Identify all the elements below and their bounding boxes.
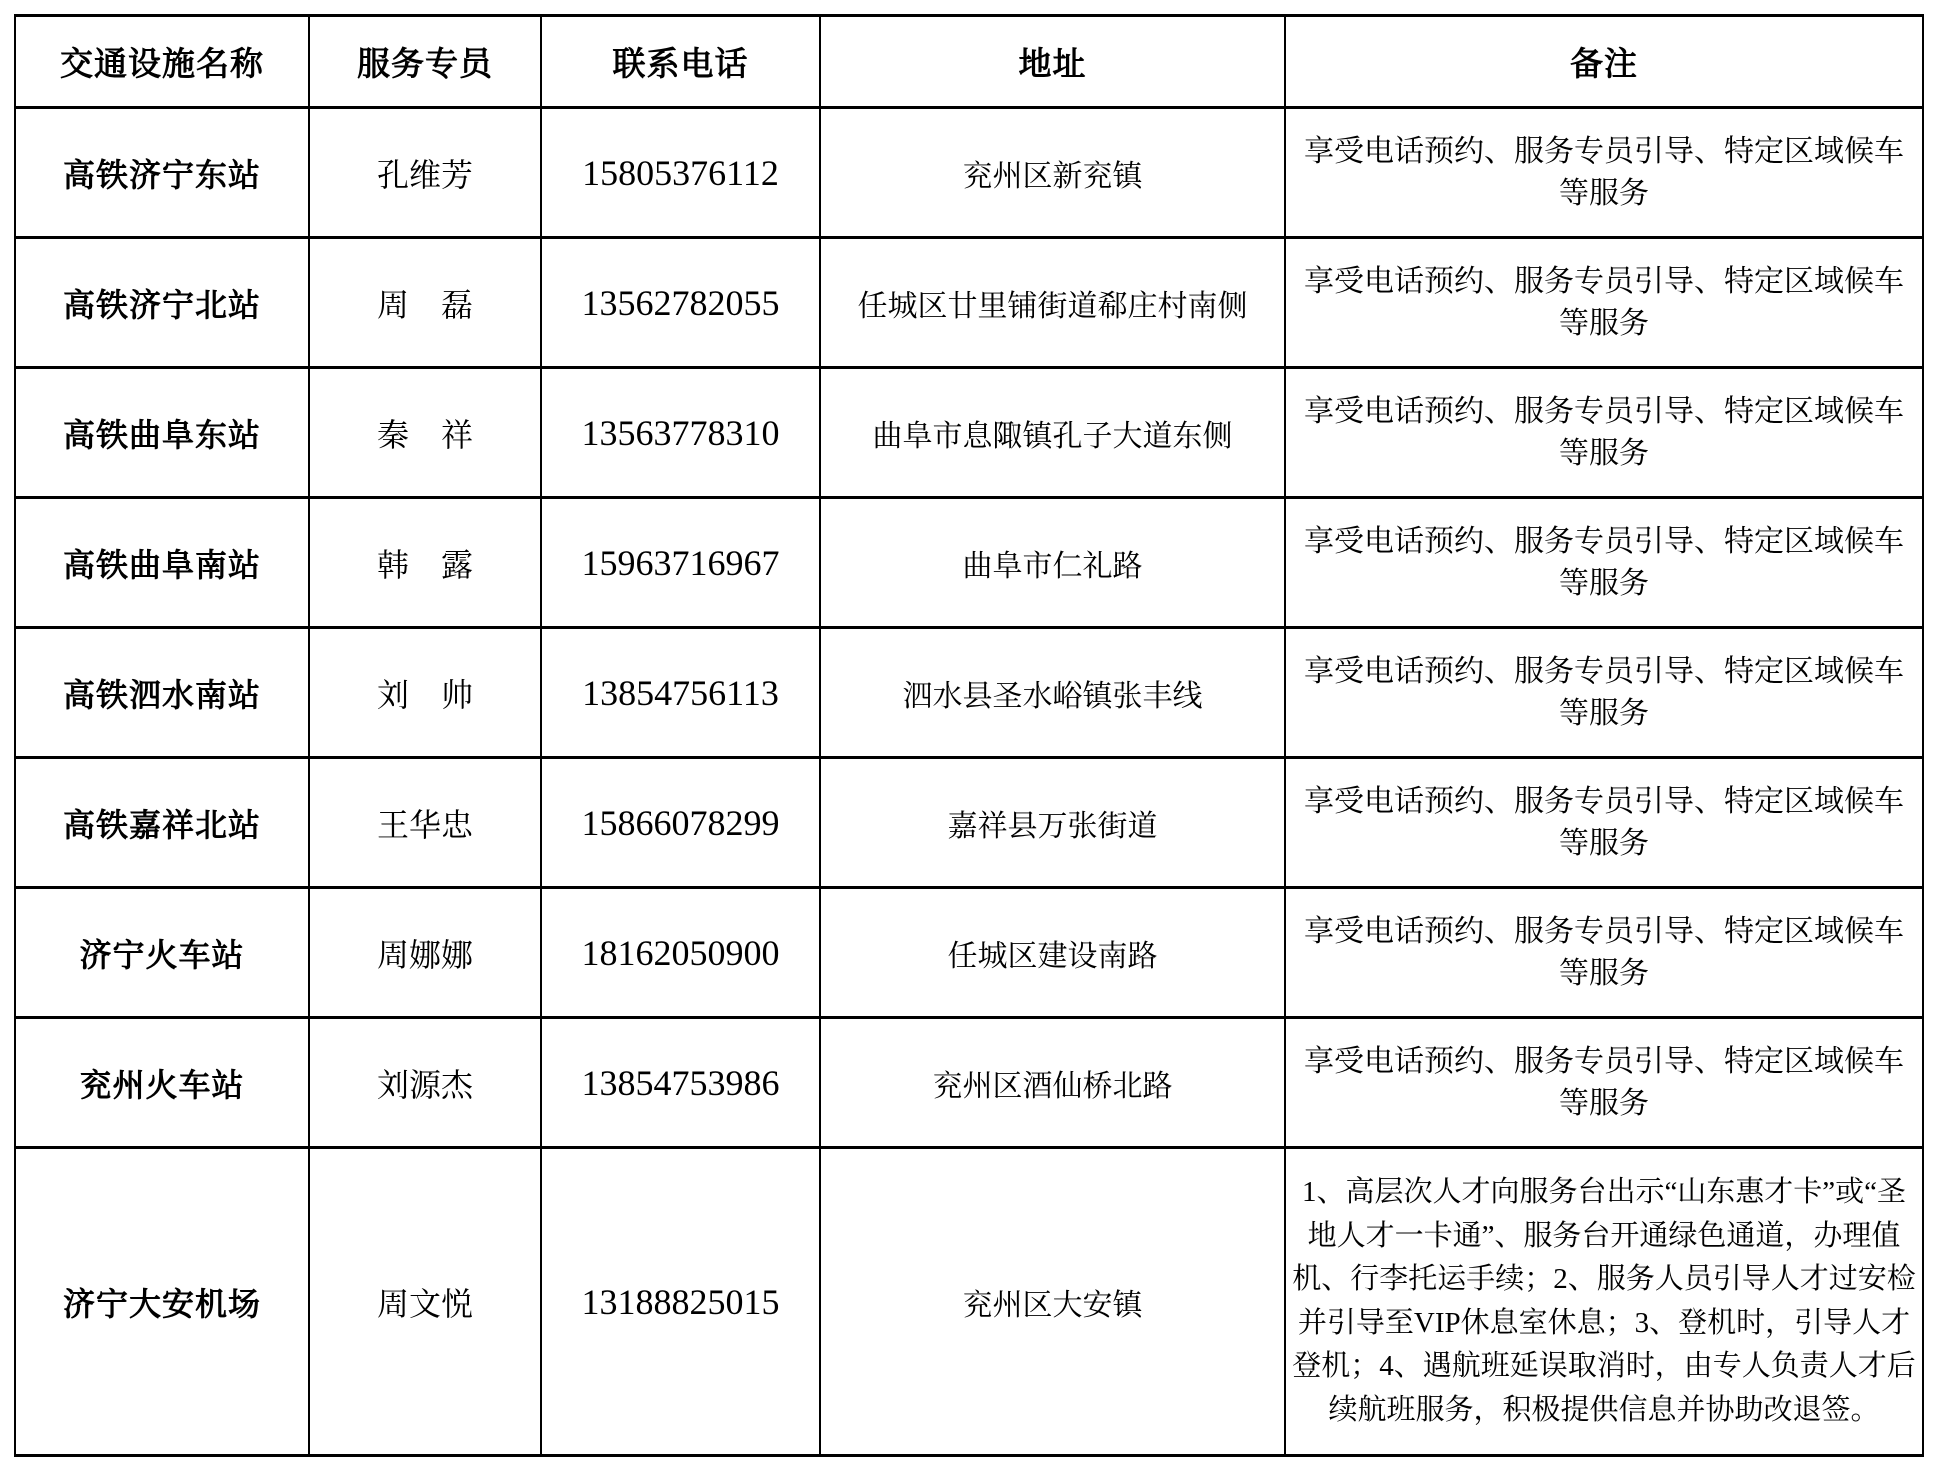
table-row: 兖州火车站 刘源杰 13854753986 兖州区酒仙桥北路 享受电话预约、服务… <box>15 1018 1923 1148</box>
table-row: 高铁泗水南站 刘 帅 13854756113 泗水县圣水峪镇张丰线 享受电话预约… <box>15 628 1923 758</box>
specialist-cell: 周娜娜 <box>309 888 541 1018</box>
phone-cell: 13854753986 <box>541 1018 820 1148</box>
facility-cell: 高铁嘉祥北站 <box>15 758 309 888</box>
table-row: 高铁曲阜南站 韩 露 15963716967 曲阜市仁礼路 享受电话预约、服务专… <box>15 498 1923 628</box>
specialist-cell: 秦 祥 <box>309 368 541 498</box>
transport-service-table: 交通设施名称 服务专员 联系电话 地址 备注 高铁济宁东站 孔维芳 158053… <box>14 14 1924 1457</box>
document-page: 交通设施名称 服务专员 联系电话 地址 备注 高铁济宁东站 孔维芳 158053… <box>0 0 1936 1484</box>
phone-cell: 13562782055 <box>541 238 820 368</box>
remark-cell: 享受电话预约、服务专员引导、特定区域候车等服务 <box>1285 108 1923 238</box>
facility-cell: 济宁大安机场 <box>15 1148 309 1456</box>
address-cell: 嘉祥县万张街道 <box>820 758 1285 888</box>
header-facility: 交通设施名称 <box>15 16 309 108</box>
remark-cell: 1、高层次人才向服务台出示“山东惠才卡”或“圣地人才一卡通”、服务台开通绿色通道… <box>1285 1148 1923 1456</box>
table-row: 高铁济宁北站 周 磊 13562782055 任城区廿里铺街道郗庄村南侧 享受电… <box>15 238 1923 368</box>
address-cell: 兖州区新兖镇 <box>820 108 1285 238</box>
remark-cell: 享受电话预约、服务专员引导、特定区域候车等服务 <box>1285 628 1923 758</box>
remark-cell: 享受电话预约、服务专员引导、特定区域候车等服务 <box>1285 238 1923 368</box>
table-row: 高铁曲阜东站 秦 祥 13563778310 曲阜市息陬镇孔子大道东侧 享受电话… <box>15 368 1923 498</box>
facility-cell: 济宁火车站 <box>15 888 309 1018</box>
remark-cell: 享受电话预约、服务专员引导、特定区域候车等服务 <box>1285 498 1923 628</box>
address-cell: 任城区建设南路 <box>820 888 1285 1018</box>
address-cell: 任城区廿里铺街道郗庄村南侧 <box>820 238 1285 368</box>
table-row: 高铁嘉祥北站 王华忠 15866078299 嘉祥县万张街道 享受电话预约、服务… <box>15 758 1923 888</box>
table-row: 济宁大安机场 周文悦 13188825015 兖州区大安镇 1、高层次人才向服务… <box>15 1148 1923 1456</box>
specialist-cell: 周文悦 <box>309 1148 541 1456</box>
facility-cell: 高铁济宁北站 <box>15 238 309 368</box>
remark-cell: 享受电话预约、服务专员引导、特定区域候车等服务 <box>1285 368 1923 498</box>
specialist-cell: 孔维芳 <box>309 108 541 238</box>
table-row: 高铁济宁东站 孔维芳 15805376112 兖州区新兖镇 享受电话预约、服务专… <box>15 108 1923 238</box>
facility-cell: 高铁曲阜南站 <box>15 498 309 628</box>
address-cell: 兖州区大安镇 <box>820 1148 1285 1456</box>
specialist-cell: 周 磊 <box>309 238 541 368</box>
address-cell: 曲阜市息陬镇孔子大道东侧 <box>820 368 1285 498</box>
phone-cell: 15805376112 <box>541 108 820 238</box>
phone-cell: 13563778310 <box>541 368 820 498</box>
remark-cell: 享受电话预约、服务专员引导、特定区域候车等服务 <box>1285 1018 1923 1148</box>
phone-cell: 13854756113 <box>541 628 820 758</box>
header-remark: 备注 <box>1285 16 1923 108</box>
address-cell: 泗水县圣水峪镇张丰线 <box>820 628 1285 758</box>
facility-cell: 高铁泗水南站 <box>15 628 309 758</box>
remark-cell: 享受电话预约、服务专员引导、特定区域候车等服务 <box>1285 758 1923 888</box>
table-row: 济宁火车站 周娜娜 18162050900 任城区建设南路 享受电话预约、服务专… <box>15 888 1923 1018</box>
phone-cell: 15866078299 <box>541 758 820 888</box>
header-address: 地址 <box>820 16 1285 108</box>
specialist-cell: 刘源杰 <box>309 1018 541 1148</box>
header-specialist: 服务专员 <box>309 16 541 108</box>
address-cell: 兖州区酒仙桥北路 <box>820 1018 1285 1148</box>
remark-cell: 享受电话预约、服务专员引导、特定区域候车等服务 <box>1285 888 1923 1018</box>
header-phone: 联系电话 <box>541 16 820 108</box>
specialist-cell: 王华忠 <box>309 758 541 888</box>
address-cell: 曲阜市仁礼路 <box>820 498 1285 628</box>
facility-cell: 高铁济宁东站 <box>15 108 309 238</box>
specialist-cell: 韩 露 <box>309 498 541 628</box>
phone-cell: 18162050900 <box>541 888 820 1018</box>
header-row: 交通设施名称 服务专员 联系电话 地址 备注 <box>15 16 1923 108</box>
phone-cell: 13188825015 <box>541 1148 820 1456</box>
specialist-cell: 刘 帅 <box>309 628 541 758</box>
facility-cell: 高铁曲阜东站 <box>15 368 309 498</box>
facility-cell: 兖州火车站 <box>15 1018 309 1148</box>
phone-cell: 15963716967 <box>541 498 820 628</box>
